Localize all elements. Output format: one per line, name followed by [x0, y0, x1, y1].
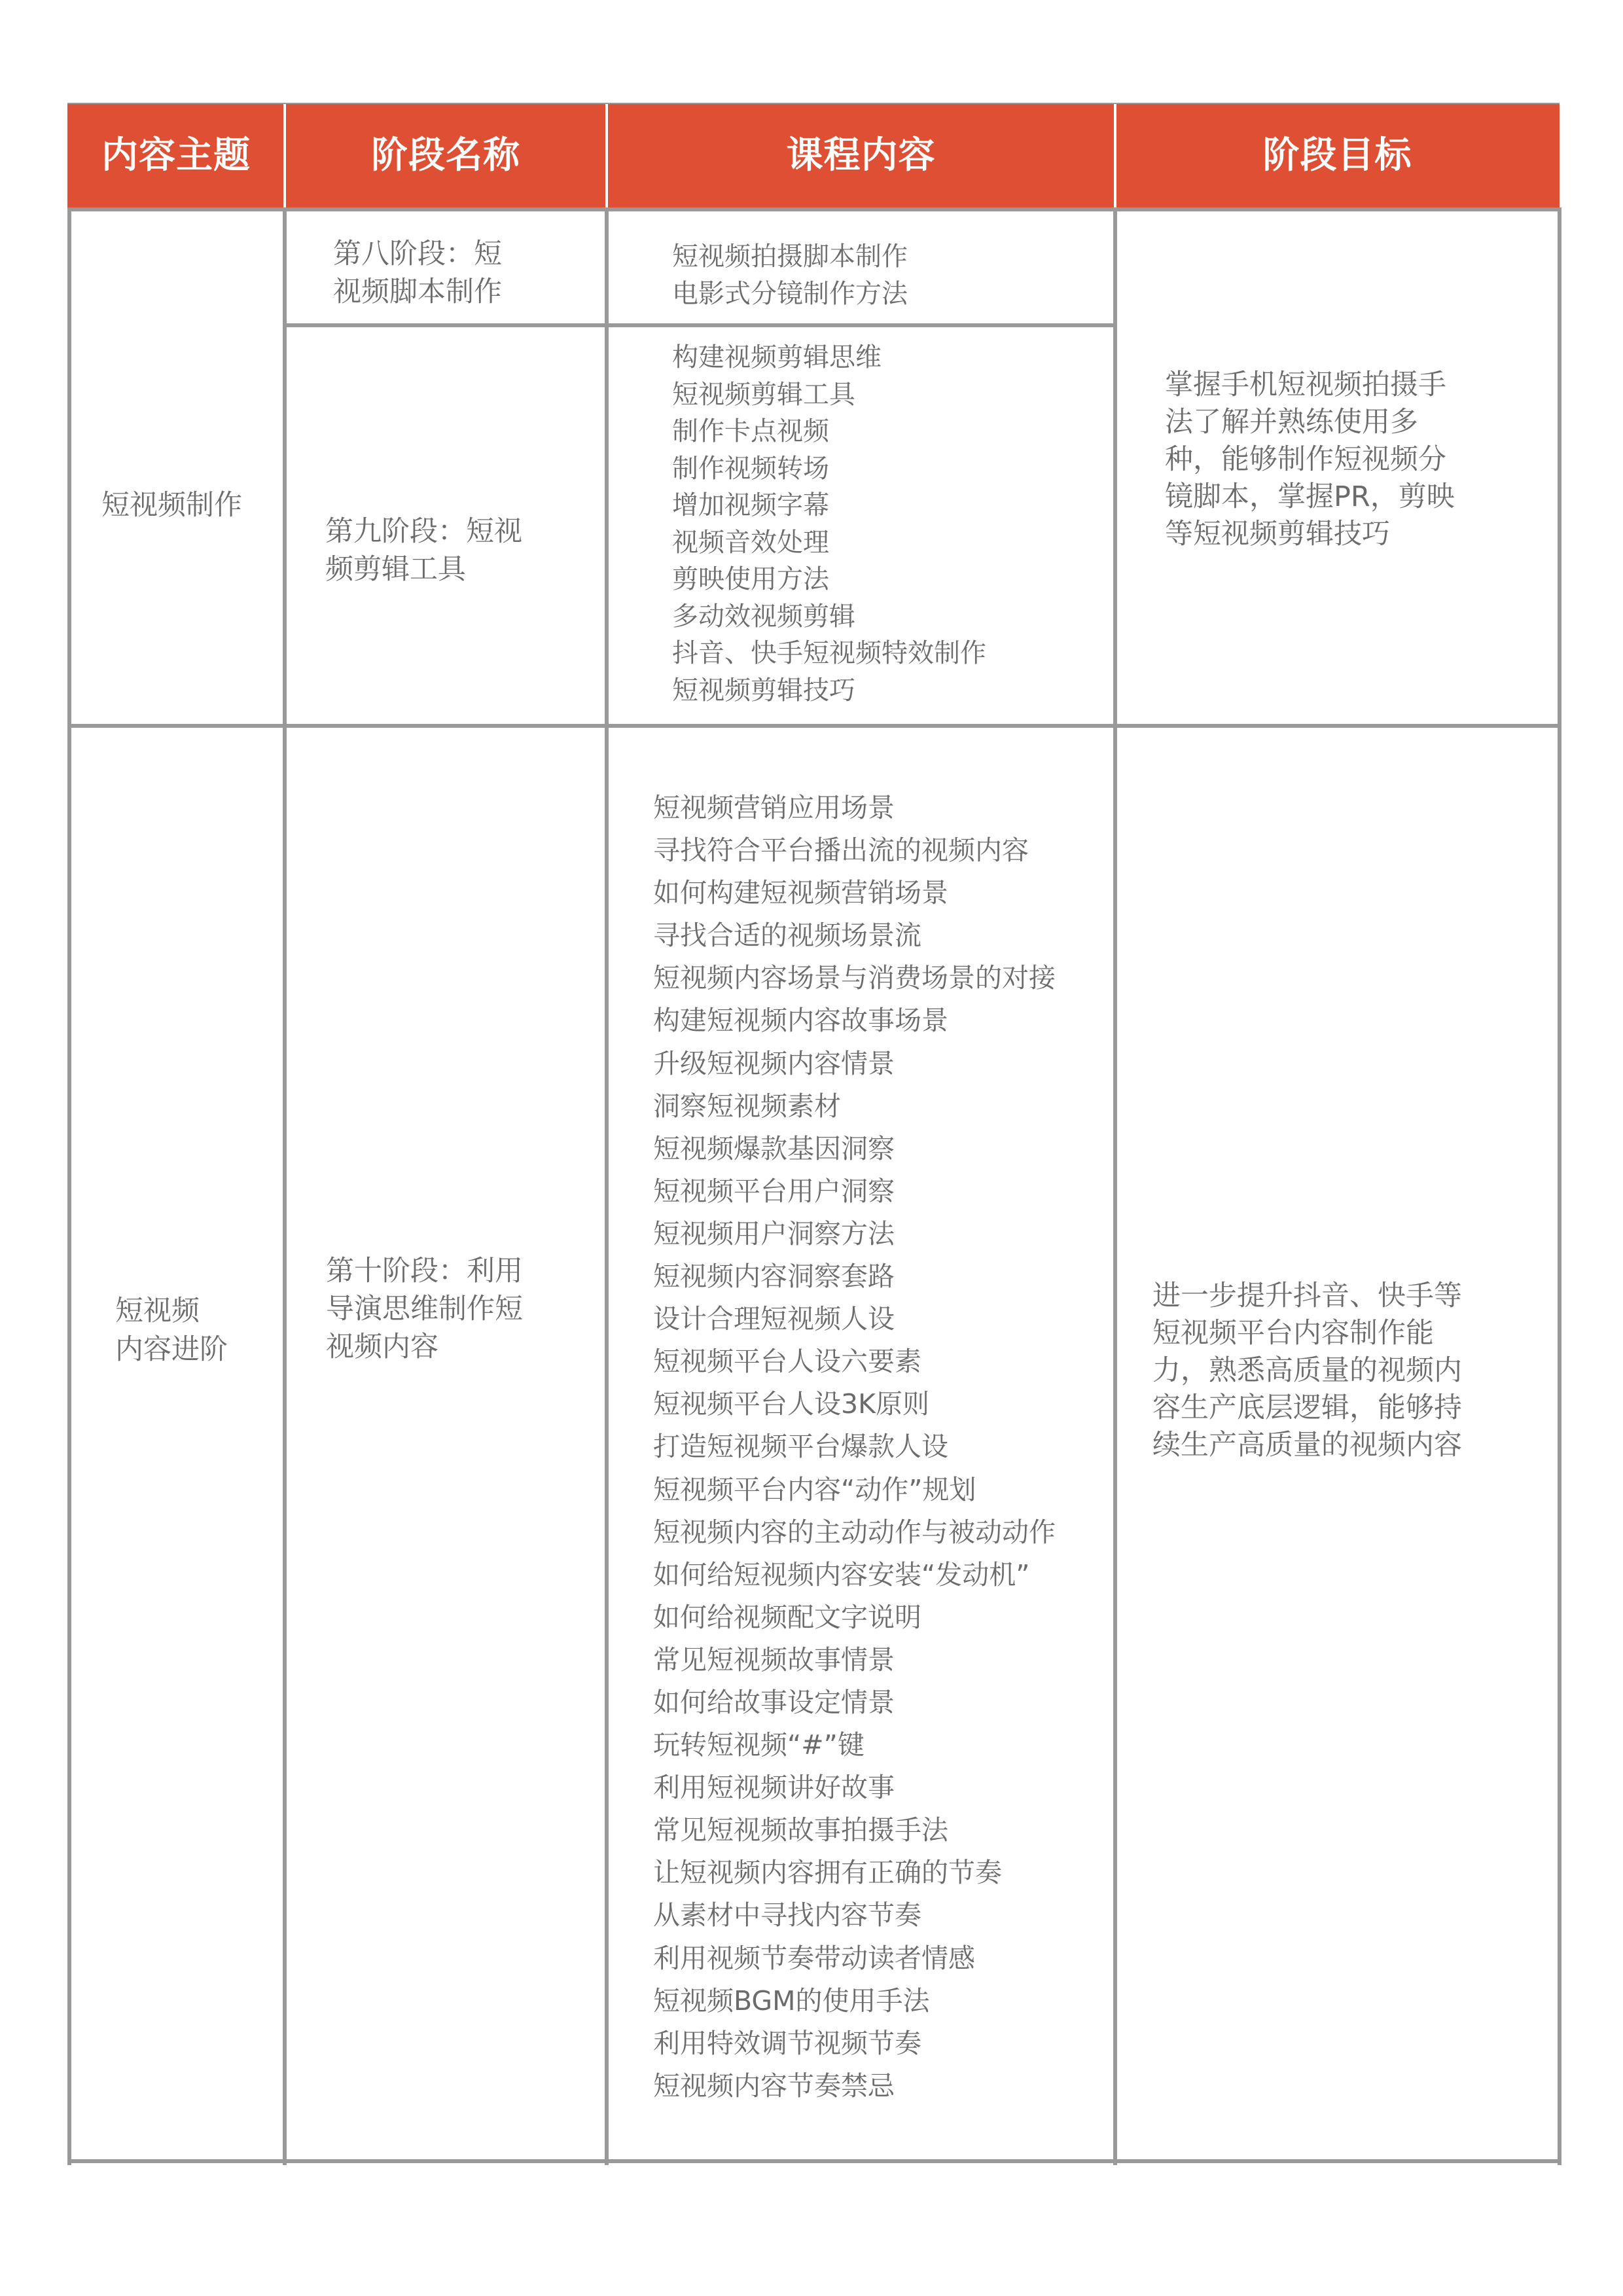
- stage-row-divider: [283, 323, 1117, 327]
- course-item: 短视频平台内容“动作”规划: [653, 1469, 1056, 1511]
- header-cell-course-content: 课程内容: [607, 103, 1115, 207]
- header-label: 内容主题: [67, 103, 285, 207]
- header-divider: [605, 103, 608, 207]
- course-item: 如何构建短视频营销场景: [653, 872, 1056, 914]
- course-item: 短视频用户洞察方法: [653, 1213, 1056, 1255]
- course-item: 常见短视频故事情景: [653, 1639, 1056, 1681]
- course-item: 洞察短视频素材: [653, 1085, 1056, 1128]
- course-item: 构建短视频内容故事场景: [653, 999, 1056, 1042]
- goal-line: 进一步提升抖音、快手等: [1152, 1278, 1462, 1315]
- stage-name-line: 第九阶段：短视: [325, 512, 522, 550]
- header-label: 课程内容: [607, 103, 1115, 207]
- column-divider: [605, 207, 609, 2165]
- course-item: 短视频平台人设3K原则: [653, 1383, 1056, 1426]
- goal-line: 种，能够制作短视频分: [1165, 441, 1455, 478]
- topic-line: 内容进阶: [115, 1331, 228, 1369]
- header-label: 阶段名称: [285, 103, 607, 207]
- goal-line: 容生产底层逻辑，能够持: [1152, 1390, 1462, 1427]
- header-divider: [283, 103, 286, 207]
- course-item: 电影式分镜制作方法: [672, 276, 908, 313]
- course-item: 抖音、快手短视频特效制作: [672, 635, 986, 672]
- course-item: 从素材中寻找内容节奏: [653, 1894, 1056, 1937]
- stage-name-line: 视频内容: [326, 1328, 523, 1366]
- goal-line: 力，熟悉高质量的视频内: [1152, 1352, 1462, 1390]
- course-item: 打造短视频平台爆款人设: [653, 1426, 1056, 1468]
- course-item: 让短视频内容拥有正确的节奏: [653, 1852, 1056, 1894]
- course-item: 短视频平台人设六要素: [653, 1340, 1056, 1383]
- stage-goal-cell: 掌握手机短视频拍摄手 法了解并熟练使用多 种，能够制作短视频分 镜脚本，掌握PR…: [1165, 367, 1455, 553]
- course-item: 短视频内容的主动动作与被动动作: [653, 1511, 1056, 1554]
- goal-line: 等短视频剪辑技巧: [1165, 516, 1455, 553]
- course-item: 升级短视频内容情景: [653, 1043, 1056, 1085]
- table-border-top: [67, 103, 1560, 104]
- course-item: 设计合理短视频人设: [653, 1298, 1056, 1340]
- course-item: 利用视频节奏带动读者情感: [653, 1937, 1056, 1980]
- stage-name-line: 导演思维制作短: [326, 1290, 523, 1328]
- course-item: 短视频拍摄脚本制作: [672, 238, 908, 276]
- course-content-cell: 短视频营销应用场景 寻找符合平台播出流的视频内容 如何构建短视频营销场景 寻找合…: [653, 787, 1056, 2108]
- course-item: 多动效视频剪辑: [672, 598, 986, 636]
- stage-name-line: 第十阶段：利用: [326, 1252, 523, 1290]
- course-item: 利用短视频讲好故事: [653, 1767, 1056, 1809]
- goal-line: 短视频平台内容制作能: [1152, 1315, 1462, 1352]
- stage-name-line: 频剪辑工具: [325, 550, 522, 588]
- course-item: 短视频平台用户洞察: [653, 1170, 1056, 1213]
- goal-line: 续生产高质量的视频内容: [1152, 1427, 1462, 1464]
- course-item: 寻找符合平台播出流的视频内容: [653, 829, 1056, 872]
- course-item: 短视频内容节奏禁忌: [653, 2065, 1056, 2108]
- topic-line: 短视频制作: [101, 486, 242, 525]
- course-item: 短视频剪辑技巧: [672, 672, 986, 709]
- course-item: 构建视频剪辑思维: [672, 339, 986, 376]
- topic-line: 短视频: [115, 1292, 228, 1331]
- group-row-divider: [67, 724, 1561, 728]
- header-cell-stage-goal: 阶段目标: [1115, 103, 1560, 207]
- course-item: 短视频内容洞察套路: [653, 1255, 1056, 1298]
- course-item: 寻找合适的视频场景流: [653, 914, 1056, 957]
- course-item: 制作卡点视频: [672, 413, 986, 450]
- course-item: 常见短视频故事拍摄手法: [653, 1809, 1056, 1852]
- stage-name-cell: 第八阶段：短 视频脚本制作: [333, 235, 502, 311]
- course-item: 增加视频字幕: [672, 487, 986, 524]
- course-item: 如何给短视频内容安装“发动机”: [653, 1554, 1056, 1596]
- course-content-cell: 构建视频剪辑思维 短视频剪辑工具 制作卡点视频 制作视频转场 增加视频字幕 视频…: [672, 339, 986, 709]
- course-item: 剪映使用方法: [672, 561, 986, 598]
- stage-name-line: 第八阶段：短: [333, 235, 502, 273]
- course-item: 短视频内容场景与消费场景的对接: [653, 957, 1056, 999]
- course-item: 利用特效调节视频节奏: [653, 2022, 1056, 2065]
- course-item: 短视频BGM的使用手法: [653, 1980, 1056, 2022]
- table-border-right: [1558, 207, 1561, 2165]
- course-item: 短视频爆款基因洞察: [653, 1128, 1056, 1170]
- table-border-bottom: [67, 2159, 1561, 2163]
- table-border-left: [67, 207, 71, 2165]
- course-item: 如何给故事设定情景: [653, 1681, 1056, 1724]
- course-item: 短视频剪辑工具: [672, 376, 986, 414]
- course-item: 视频音效处理: [672, 524, 986, 562]
- header-bottom-border: [67, 207, 1561, 211]
- header-label: 阶段目标: [1115, 103, 1560, 207]
- topic-cell: 短视频 内容进阶: [115, 1292, 228, 1369]
- course-content-cell: 短视频拍摄脚本制作 电影式分镜制作方法: [672, 238, 908, 312]
- stage-name-cell: 第十阶段：利用 导演思维制作短 视频内容: [326, 1252, 523, 1366]
- header-divider: [1114, 103, 1116, 207]
- stage-name-line: 视频脚本制作: [333, 273, 502, 311]
- course-item: 制作视频转场: [672, 450, 986, 488]
- goal-line: 法了解并熟练使用多: [1165, 404, 1455, 441]
- course-item: 如何给视频配文字说明: [653, 1596, 1056, 1639]
- topic-cell: 短视频制作: [101, 486, 242, 525]
- stage-goal-cell: 进一步提升抖音、快手等 短视频平台内容制作能 力，熟悉高质量的视频内 容生产底层…: [1152, 1278, 1462, 1464]
- course-item: 玩转短视频“#”键: [653, 1724, 1056, 1767]
- header-cell-stage-name: 阶段名称: [285, 103, 607, 207]
- header-cell-topic: 内容主题: [67, 103, 285, 207]
- stage-name-cell: 第九阶段：短视 频剪辑工具: [325, 512, 522, 588]
- column-divider: [1113, 207, 1117, 2165]
- course-item: 短视频营销应用场景: [653, 787, 1056, 829]
- goal-line: 掌握手机短视频拍摄手: [1165, 367, 1455, 404]
- column-divider: [283, 207, 287, 2165]
- goal-line: 镜脚本，掌握PR，剪映: [1165, 478, 1455, 516]
